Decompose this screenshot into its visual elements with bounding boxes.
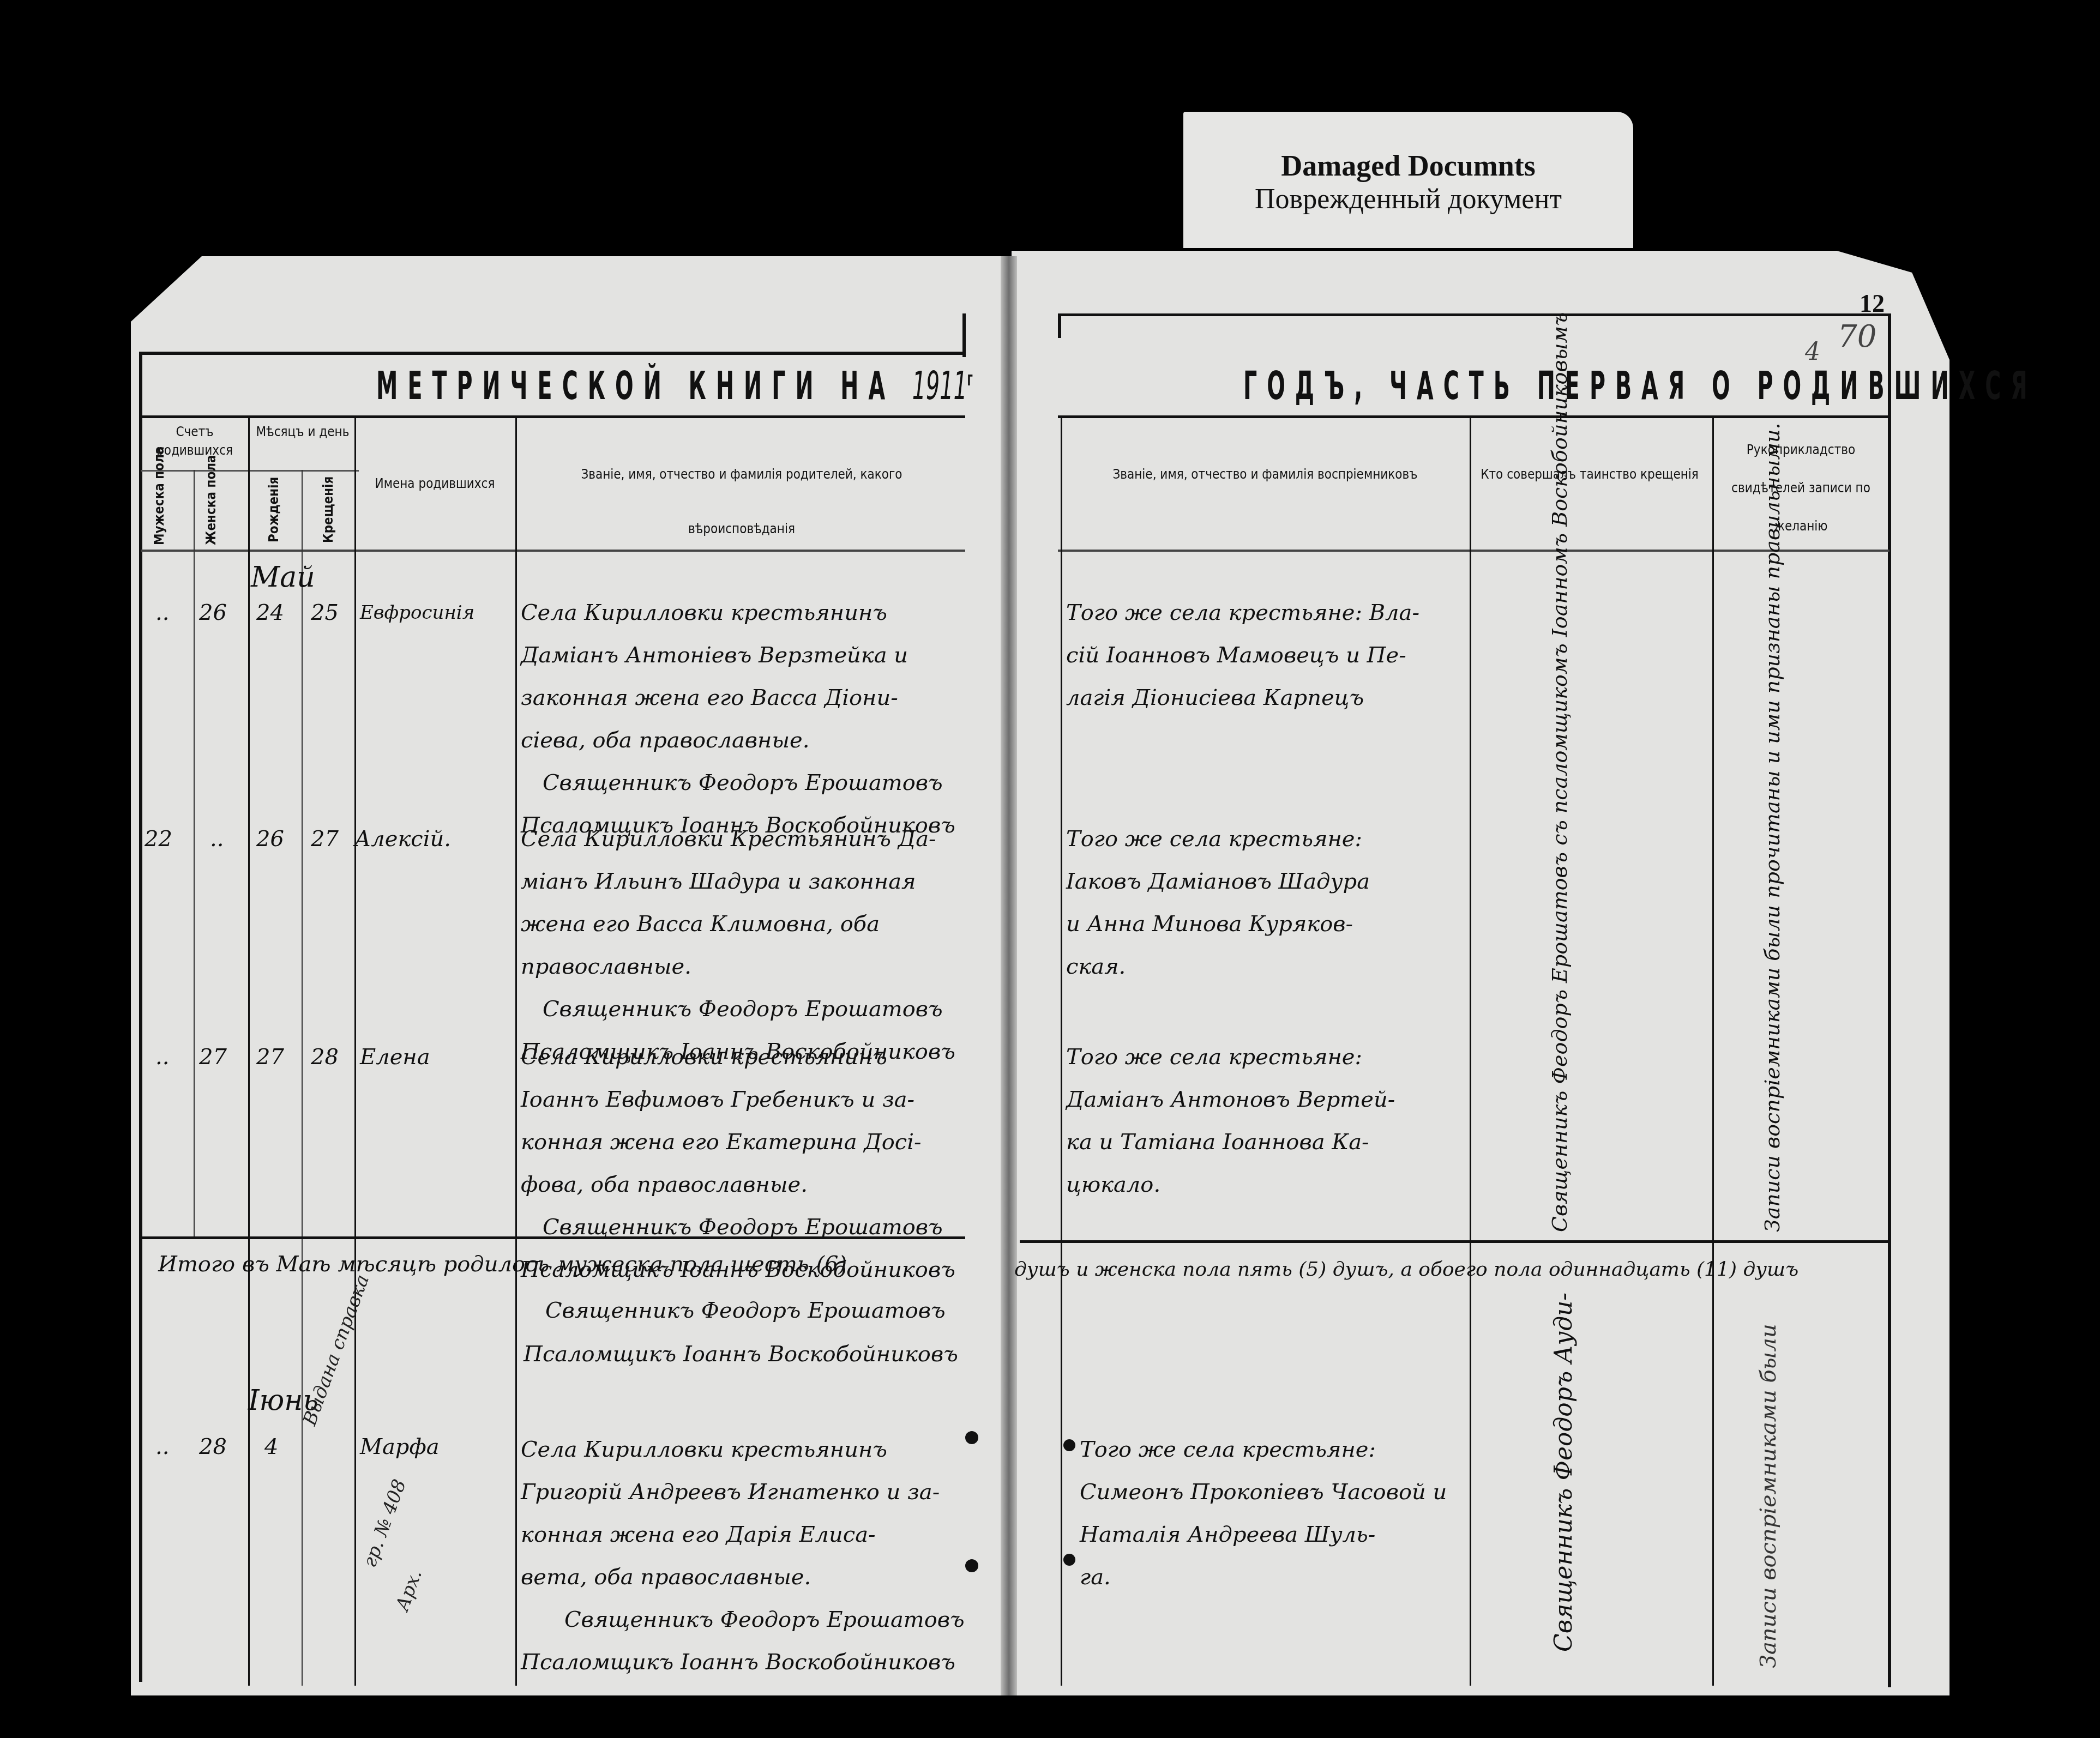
female-count: 27 [199, 1036, 227, 1078]
child-name: Евфросинія [360, 592, 474, 634]
header-godparents: Званіе, имя, отчество и фамилія воспріем… [1091, 447, 1440, 502]
col-line [1061, 415, 1062, 1686]
folio-mark: 4 [1805, 338, 1820, 366]
col-line [1712, 415, 1714, 1686]
col-line [302, 470, 303, 1686]
male-count: 22 [145, 818, 172, 860]
binding-hole [1063, 1554, 1075, 1566]
witness-vertical-text: Записи воспріемниками были прочитаны и и… [1759, 572, 1786, 1232]
total-signature-psalmist: Псаломщикъ Іоаннъ Воскобойниковъ [524, 1333, 958, 1375]
godparents-text: Того же села крестьяне: Даміанъ Антоновъ… [1066, 1036, 1395, 1206]
label-russian: Поврежденный документ [1183, 183, 1633, 216]
baptism-day: 28 [311, 1036, 339, 1078]
col-line [354, 415, 356, 1686]
birth-day: 4 [264, 1426, 278, 1468]
child-name: Алексій. [354, 818, 451, 860]
monthly-total-right: душъ и женска пола пять (5) душъ, а обое… [1014, 1248, 1798, 1291]
parents-text: Села Кирилловки Крестьянинъ Да- міанъ Ил… [521, 818, 955, 1073]
right-top-border [1061, 313, 1890, 316]
header-parents: Званіе, имя, отчество и фамилія родителе… [540, 447, 943, 556]
monthly-total-left: Итого въ Маѣ мѣсяцѣ родилось мужеска пол… [158, 1243, 847, 1286]
subheader-rule [141, 470, 359, 472]
header-count-male: Мужеска пола [150, 474, 169, 545]
female-count: .. [210, 818, 224, 860]
book-title-left: МЕТРИЧЕСКОЙ КНИГИ НА 1911г [376, 364, 973, 409]
left-corner-mark [962, 313, 966, 357]
total-signature-priest: Священникъ Феодоръ Ерошатовъ [545, 1289, 946, 1332]
binding-hole [965, 1559, 978, 1572]
header-date-baptism: Крещенія [319, 474, 338, 545]
binding-hole [965, 1431, 978, 1444]
birth-day: 26 [256, 818, 284, 860]
header-officiant: Кто совершалъ таинство крещенія [1481, 447, 1699, 502]
header-witness-signatures: Рукоприкладство свидѣтелей записи по жел… [1718, 431, 1884, 545]
monthly-total-rule-left [141, 1236, 965, 1239]
folio-pencil-number: 70 [1838, 319, 1876, 354]
book-year: 1911 [912, 364, 967, 409]
label-english: Damaged Documnts [1183, 149, 1633, 183]
col-line [1470, 415, 1471, 1686]
left-top-border [139, 352, 965, 355]
header-date-group: Мѣсяцъ и день [251, 423, 354, 441]
godparents-text: Того же села крестьяне: Іаковъ Даміановъ… [1066, 818, 1370, 988]
male-count: .. [155, 1036, 169, 1078]
parents-text: Села Кирилловки крестьянинъ Даміанъ Анто… [521, 592, 955, 847]
parents-text: Села Кирилловки крестьянинъ Григорій Анд… [521, 1428, 965, 1683]
june-witness-vertical: Записи воспріемниками были [1753, 1319, 1784, 1668]
col-line [515, 415, 517, 1686]
birth-day: 24 [256, 592, 284, 634]
child-name: Елена [360, 1036, 430, 1078]
female-count: 28 [199, 1426, 227, 1468]
female-count: 26 [199, 592, 227, 634]
male-count: .. [155, 592, 169, 634]
header-top-rule-right [1058, 415, 1890, 418]
male-count: .. [155, 1426, 169, 1468]
june-officiant-vertical: Священникъ Феодоръ Ауди- [1549, 1325, 1579, 1652]
book-title-right: ГОДЪ, ЧАСТЬ ПЕРВАЯ О РОДИВШИХСЯ [1243, 364, 2037, 409]
monthly-total-rule-right [1020, 1240, 1890, 1243]
damaged-document-label: Damaged Documnts Поврежденный документ [1183, 112, 1633, 248]
baptism-day: 27 [311, 818, 339, 860]
header-top-rule-left [141, 415, 965, 418]
birth-day: 27 [256, 1036, 284, 1078]
col-line [194, 470, 195, 1239]
right-outer-border [1888, 313, 1891, 1687]
godparents-text: Того же села крестьяне: Вла- сій Іоаннов… [1066, 592, 1419, 719]
binding-hole [1063, 1439, 1075, 1451]
col-line [248, 415, 250, 1686]
header-date-birth: Рожденія [264, 474, 283, 545]
right-corner-mark [1058, 313, 1061, 338]
book-spine [1001, 256, 1017, 1695]
officiant-vertical-text: Священникъ Феодоръ Ерошатовъ съ псаломщи… [1546, 562, 1573, 1232]
header-count-female: Женска пола [202, 474, 220, 545]
child-name: Марфа [360, 1426, 440, 1468]
godparents-text: Того же села крестьяне: Симеонъ Прокопіе… [1080, 1428, 1447, 1598]
baptism-day: 25 [311, 592, 339, 634]
header-child-name: Имена родившихся [357, 474, 513, 493]
